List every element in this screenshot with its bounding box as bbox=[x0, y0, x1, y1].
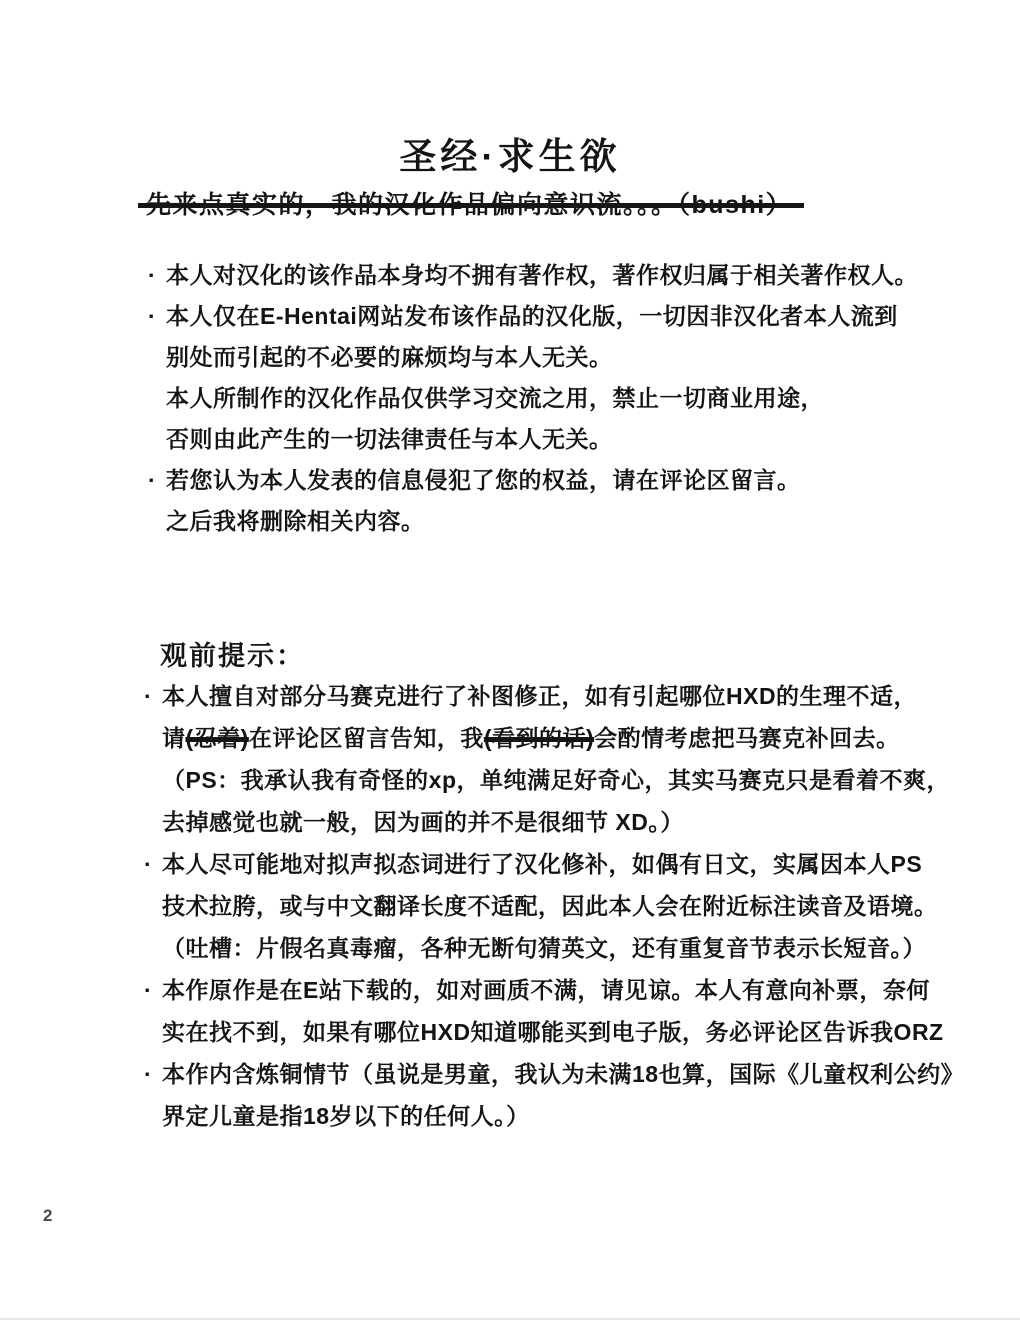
list-item-text: 技术拉胯，或与中文翻译长度不适配，因此本人会在附近标注读音及语境。 bbox=[162, 885, 938, 927]
struck-text-segment: (忍着) bbox=[186, 717, 249, 759]
list-item: · 本人尽可能地对拟声拟态词进行了汉化修补，如偶有日文，实属因本人PS bbox=[144, 843, 964, 885]
list-item-text: 本人擅自对部分马赛克进行了补图修正，如有引起哪位HXD的生理不适， bbox=[162, 675, 917, 717]
bullet-dot: · bbox=[144, 969, 162, 1011]
list-item-text: 本人所制作的汉化作品仅供学习交流之用，禁止一切商业用途， bbox=[166, 378, 824, 419]
list-item-text: 本作内含炼铜情节（虽说是男童，我认为未满18也算，国际《儿童权利公约》 bbox=[162, 1053, 964, 1095]
list-item: 别处而引起的不必要的麻烦均与本人无关。 bbox=[148, 337, 918, 378]
bullet-dot bbox=[144, 927, 162, 969]
bullet-dot bbox=[144, 759, 162, 801]
list-item: · 本作内含炼铜情节（虽说是男童，我认为未满18也算，国际《儿童权利公约》 bbox=[144, 1053, 964, 1095]
list-item: · 本人擅自对部分马赛克进行了补图修正，如有引起哪位HXD的生理不适， bbox=[144, 675, 964, 717]
notice-list: · 本人擅自对部分马赛克进行了补图修正，如有引起哪位HXD的生理不适， 请 (忍… bbox=[144, 675, 964, 1137]
bullet-dot: · bbox=[144, 675, 162, 717]
bullet-dot bbox=[144, 1095, 162, 1137]
strike-line bbox=[138, 203, 804, 208]
bullet-dot bbox=[144, 717, 162, 759]
text-segment: 请 bbox=[162, 717, 186, 759]
document-page: 圣经·求生欲 先来点真实的，我的汉化作品偏向意识流。。。（bushi） · 本人… bbox=[0, 0, 1020, 1320]
bullet-dot: · bbox=[144, 843, 162, 885]
list-item-text: （吐槽：片假名真毒瘤，各种无断句猜英文，还有重复音节表示长短音。） bbox=[162, 927, 926, 969]
text-segment: 在评论区留言告知，我 bbox=[249, 717, 484, 759]
list-item-text: （PS：我承认我有奇怪的xp，单纯满足好奇心，其实马赛克只是看着不爽， bbox=[162, 759, 950, 801]
list-item-text: 去掉感觉也就一般，因为画的并不是很细节 XD。） bbox=[162, 801, 684, 843]
list-item-text: 本人尽可能地对拟声拟态词进行了汉化修补，如偶有日文，实属因本人PS bbox=[162, 843, 922, 885]
list-item: 之后我将删除相关内容。 bbox=[148, 501, 918, 542]
list-item: 界定儿童是指18岁以下的任何人。） bbox=[144, 1095, 964, 1137]
list-item: · 本人仅在E-Hentai网站发布该作品的汉化版，一切因非汉化者本人流到 bbox=[148, 296, 918, 337]
list-item: · 若您认为本人发表的信息侵犯了您的权益，请在评论区留言。 bbox=[148, 460, 918, 501]
list-item: 实在找不到，如果有哪位HXD知道哪能买到电子版，务必评论区告诉我ORZ bbox=[144, 1011, 964, 1053]
bullet-dot: · bbox=[144, 1053, 162, 1095]
bullet-dot bbox=[148, 337, 166, 378]
list-item-text: 之后我将删除相关内容。 bbox=[166, 501, 425, 542]
bullet-dot bbox=[148, 501, 166, 542]
list-item-text: 本人对汉化的该作品本身均不拥有著作权，著作权归属于相关著作权人。 bbox=[166, 255, 918, 296]
list-item: · 本人对汉化的该作品本身均不拥有著作权，著作权归属于相关著作权人。 bbox=[148, 255, 918, 296]
list-item-text: 别处而引起的不必要的麻烦均与本人无关。 bbox=[166, 337, 613, 378]
bullet-dot bbox=[144, 885, 162, 927]
list-item-text: 本人仅在E-Hentai网站发布该作品的汉化版，一切因非汉化者本人流到 bbox=[166, 296, 898, 337]
list-item: （PS：我承认我有奇怪的xp，单纯满足好奇心，其实马赛克只是看着不爽， bbox=[144, 759, 964, 801]
text-segment: 会酌情考虑把马赛克补回去。 bbox=[594, 717, 900, 759]
disclaimer-list: · 本人对汉化的该作品本身均不拥有著作权，著作权归属于相关著作权人。 · 本人仅… bbox=[148, 255, 918, 542]
list-item: 去掉感觉也就一般，因为画的并不是很细节 XD。） bbox=[144, 801, 964, 843]
list-item-text: 界定儿童是指18岁以下的任何人。） bbox=[162, 1095, 530, 1137]
page-title: 圣经·求生欲 bbox=[0, 126, 1020, 180]
page-number: 2 bbox=[43, 1206, 52, 1226]
list-item: · 本作原作是在E站下载的，如对画质不满，请见谅。本人有意向补票，奈何 bbox=[144, 969, 964, 1011]
subtitle-strikethrough: 先来点真实的，我的汉化作品偏向意识流。。。（bushi） bbox=[146, 190, 792, 220]
list-item: （吐槽：片假名真毒瘤，各种无断句猜英文，还有重复音节表示长短音。） bbox=[144, 927, 964, 969]
notice-heading: 观前提示： bbox=[160, 641, 305, 671]
list-item-text: 若您认为本人发表的信息侵犯了您的权益，请在评论区留言。 bbox=[166, 460, 801, 501]
bullet-dot bbox=[144, 801, 162, 843]
bullet-dot: · bbox=[148, 255, 166, 296]
list-item-partially-struck: 请 (忍着) 在评论区留言告知，我 (看到的话) 会酌情考虑把马赛克补回去。 bbox=[144, 717, 964, 759]
list-item: 否则由此产生的一切法律责任与本人无关。 bbox=[148, 419, 918, 460]
bullet-dot: · bbox=[148, 460, 166, 501]
list-item: 本人所制作的汉化作品仅供学习交流之用，禁止一切商业用途， bbox=[148, 378, 918, 419]
list-item-text: 本作原作是在E站下载的，如对画质不满，请见谅。本人有意向补票，奈何 bbox=[162, 969, 930, 1011]
list-item: 技术拉胯，或与中文翻译长度不适配，因此本人会在附近标注读音及语境。 bbox=[144, 885, 964, 927]
list-item-text: 实在找不到，如果有哪位HXD知道哪能买到电子版，务必评论区告诉我ORZ bbox=[162, 1011, 944, 1053]
bullet-dot bbox=[148, 378, 166, 419]
bullet-dot: · bbox=[148, 296, 166, 337]
bullet-dot bbox=[148, 419, 166, 460]
bullet-dot bbox=[144, 1011, 162, 1053]
struck-text-segment: (看到的话) bbox=[484, 717, 594, 759]
list-item-text: 否则由此产生的一切法律责任与本人无关。 bbox=[166, 419, 613, 460]
